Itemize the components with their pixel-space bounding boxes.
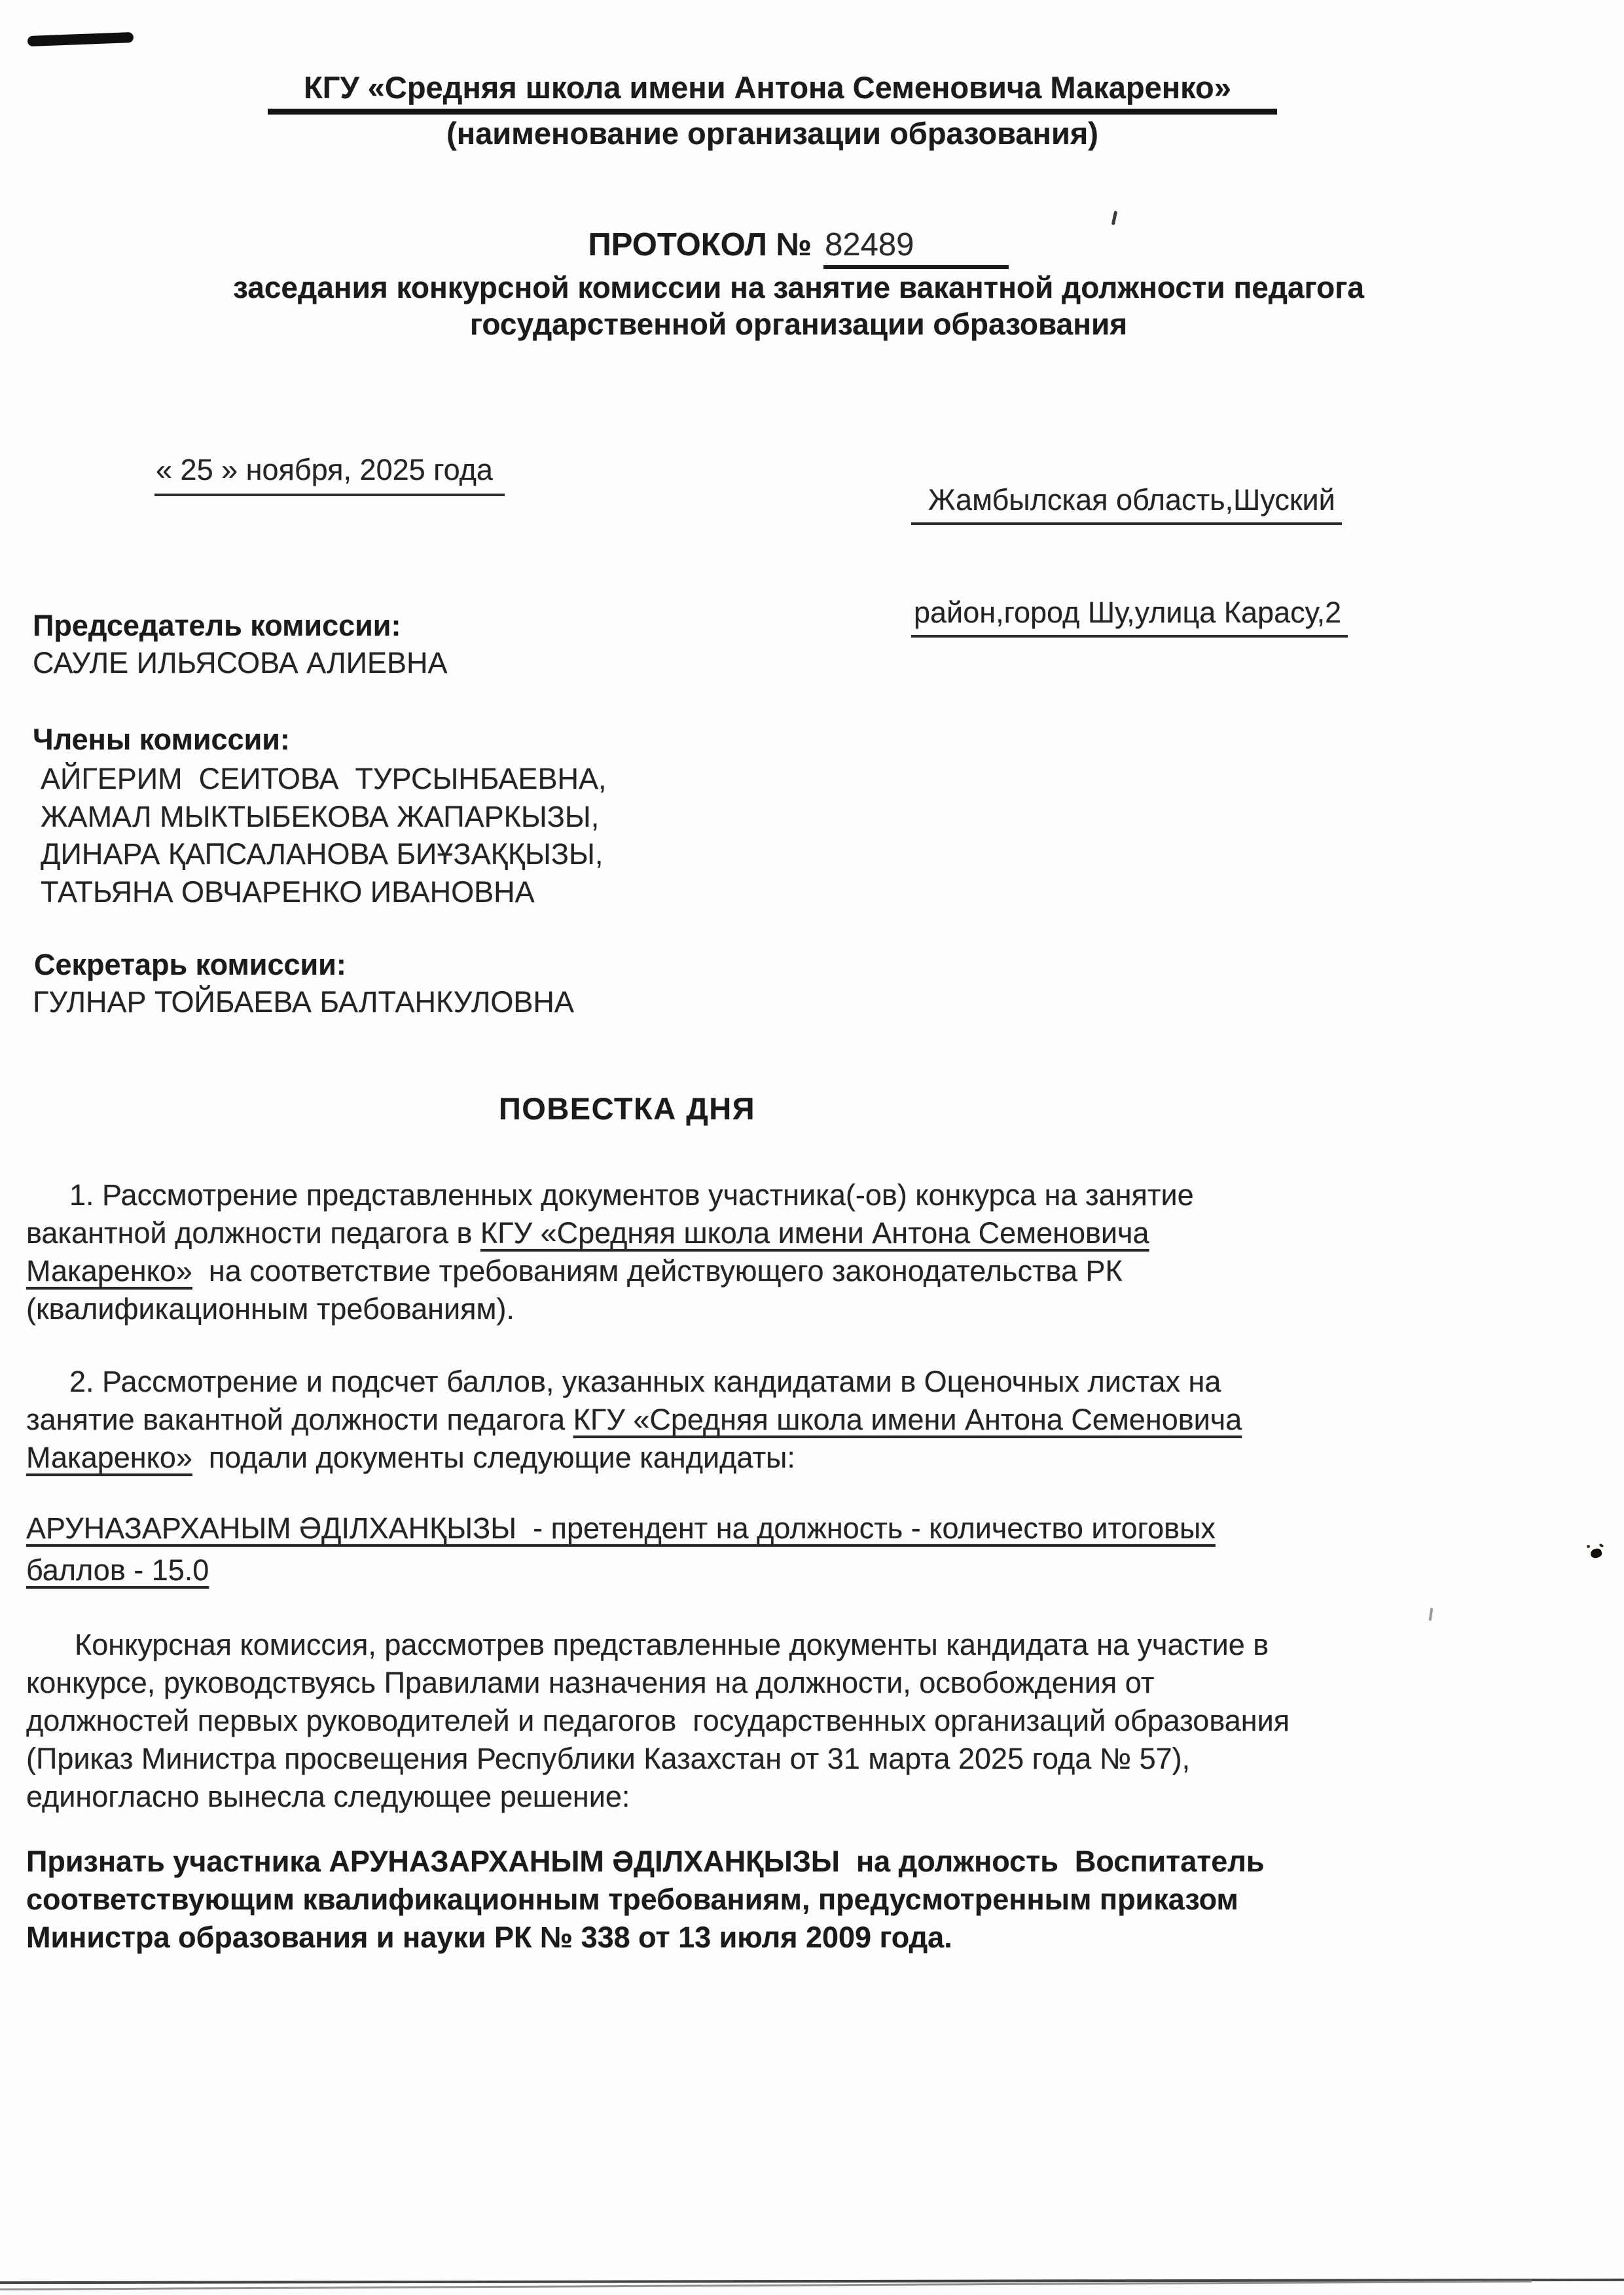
text-segment: Признать участника АРУНАЗАРХАНЫМ ӘДІЛХАН…: [26, 1845, 1265, 1878]
commission-resolution-paragraph: Конкурсная комиссия, рассмотрев представ…: [26, 1626, 1290, 1816]
location-line: Жамбылская область,Шуский: [911, 483, 1348, 525]
underlined-text-segment: Макаренко»: [26, 1441, 192, 1474]
agenda-title: ПОВЕСТКА ДНЯ: [499, 1091, 755, 1127]
member-name: ЖАМАЛ МЫКТЫБЕКОВА ЖАПАРКЫЗЫ,: [41, 798, 606, 836]
text-segment: подали документы следующие кандидаты:: [192, 1441, 795, 1474]
member-name: ДИНАРА ҚАПСАЛАНОВА БИҰЗАҚҚЫЗЫ,: [41, 835, 606, 873]
scanned-protocol-document: КГУ «Средняя школа имени Антона Семенови…: [0, 0, 1624, 2295]
member-name: АЙГЕРИМ СЕИТОВА ТУРСЫНБАЕВНА,: [41, 760, 606, 798]
candidate-score-line: АРУНАЗАРХАНЫМ ӘДІЛХАНҚЫЗЫ - претендент н…: [26, 1508, 1216, 1591]
chairman-label: Председатель комиссии:: [33, 609, 401, 643]
location-line-1: Жамбылская область,Шуский: [911, 483, 1342, 525]
members-label: Члены комиссии:: [33, 723, 290, 757]
text-line: соответствующим квалификационным требова…: [26, 1881, 1265, 1919]
protocol-subtitle-2: государственной организации образования: [0, 306, 1597, 342]
underlined-text-segment: АРУНАЗАРХАНЫМ ӘДІЛХАНҚЫЗЫ - претендент н…: [26, 1511, 1216, 1545]
protocol-location: Жамбылская область,Шуский район,город Шу…: [911, 415, 1348, 708]
agenda-item-1: 1. Рассмотрение представленных документо…: [26, 1176, 1194, 1328]
text-segment: Конкурсная комиссия, рассмотрев представ…: [75, 1628, 1269, 1661]
agenda-item-2: 2. Рассмотрение и подсчет баллов, указан…: [26, 1363, 1242, 1477]
text-segment: соответствующим квалификационным требова…: [26, 1883, 1238, 1916]
ink-speck: [1587, 1545, 1590, 1548]
org-caption: (наименование организации образования): [0, 115, 1545, 151]
protocol-date: « 25 » ноября, 2025 года: [122, 419, 505, 530]
text-line: баллов - 15.0: [26, 1549, 1216, 1591]
location-line-2: район,город Шу,улица Карасу,2: [911, 596, 1348, 638]
text-line: 2. Рассмотрение и подсчет баллов, указан…: [26, 1363, 1242, 1401]
protocol-date-value: « 25 » ноября, 2025 года: [154, 453, 505, 496]
underlined-text-segment: Макаренко»: [26, 1254, 192, 1288]
protocol-subtitle-1: заседания конкурсной комиссии на занятие…: [0, 270, 1597, 305]
text-segment: занятие вакантной должности педагога: [26, 1403, 573, 1436]
chairman-name: САУЛЕ ИЛЬЯСОВА АЛИЕВНА: [33, 646, 448, 680]
text-line: вакантной должности педагога в КГУ «Сред…: [26, 1214, 1194, 1252]
text-segment: 1. Рассмотрение представленных документо…: [69, 1178, 1194, 1212]
text-line: АРУНАЗАРХАНЫМ ӘДІЛХАНҚЫЗЫ - претендент н…: [26, 1508, 1216, 1549]
text-line: Макаренко» подали документы следующие ка…: [26, 1439, 1242, 1477]
pen-mark: [27, 32, 134, 46]
text-line: (квалификационным требованиям).: [26, 1290, 1194, 1328]
ink-speck: [1598, 1544, 1604, 1548]
text-line: (Приказ Министра просвещения Республики …: [26, 1740, 1290, 1778]
text-line: Признать участника АРУНАЗАРХАНЫМ ӘДІЛХАН…: [26, 1843, 1265, 1881]
text-segment: Министра образования и науки РК № 338 от…: [26, 1921, 952, 1954]
protocol-title: ПРОТОКОЛ №82489: [0, 226, 1597, 269]
text-segment: (Приказ Министра просвещения Республики …: [26, 1742, 1190, 1775]
text-segment: единогласно вынесла следующее решение:: [26, 1780, 630, 1813]
underlined-text-segment: баллов - 15.0: [26, 1553, 209, 1587]
underlined-text-segment: КГУ «Средняя школа имени Антона Семенови…: [480, 1216, 1149, 1250]
org-header: КГУ «Средняя школа имени Антона Семенови…: [0, 69, 1545, 115]
text-segment: должностей первых руководителей и педаго…: [26, 1704, 1290, 1737]
text-line: 1. Рассмотрение представленных документо…: [26, 1176, 1194, 1214]
ink-blot: [1590, 1547, 1603, 1559]
text-segment: конкурсе, руководствуясь Правилами назна…: [26, 1666, 1154, 1699]
text-line: Конкурсная комиссия, рассмотрев представ…: [26, 1626, 1290, 1664]
scan-speck-icon: [1111, 211, 1117, 226]
location-line: район,город Шу,улица Карасу,2: [911, 596, 1348, 638]
member-name: ТАТЬЯНА ОВЧАРЕНКО ИВАНОВНА: [41, 873, 606, 911]
text-segment: (квалификационным требованиям).: [26, 1292, 514, 1326]
underlined-text-segment: КГУ «Средняя школа имени Антона Семенови…: [573, 1403, 1242, 1436]
secretary-name: ГУЛНАР ТОЙБАЕВА БАЛТАНКУЛОВНА: [33, 985, 574, 1019]
text-line: занятие вакантной должности педагога КГУ…: [26, 1401, 1242, 1439]
scan-speck-icon: [1429, 1608, 1434, 1621]
decision-paragraph: Признать участника АРУНАЗАРХАНЫМ ӘДІЛХАН…: [26, 1843, 1265, 1957]
text-line: Министра образования и науки РК № 338 от…: [26, 1919, 1265, 1957]
protocol-label: ПРОТОКОЛ №: [588, 227, 812, 262]
text-line: единогласно вынесла следующее решение:: [26, 1778, 1290, 1816]
protocol-number: 82489: [823, 226, 1009, 269]
text-segment: 2. Рассмотрение и подсчет баллов, указан…: [69, 1365, 1221, 1398]
text-line: Макаренко» на соответствие требованиям д…: [26, 1252, 1194, 1290]
text-segment: вакантной должности педагога в: [26, 1216, 480, 1250]
org-name: КГУ «Средняя школа имени Антона Семенови…: [268, 69, 1277, 115]
secretary-label: Секретарь комиссии:: [34, 948, 346, 982]
text-line: конкурсе, руководствуясь Правилами назна…: [26, 1664, 1290, 1702]
text-line: должностей первых руководителей и педаго…: [26, 1702, 1290, 1740]
text-segment: на соответствие требованиям действующего…: [192, 1254, 1123, 1288]
members-list: АЙГЕРИМ СЕИТОВА ТУРСЫНБАЕВНА, ЖАМАЛ МЫКТ…: [41, 760, 606, 911]
